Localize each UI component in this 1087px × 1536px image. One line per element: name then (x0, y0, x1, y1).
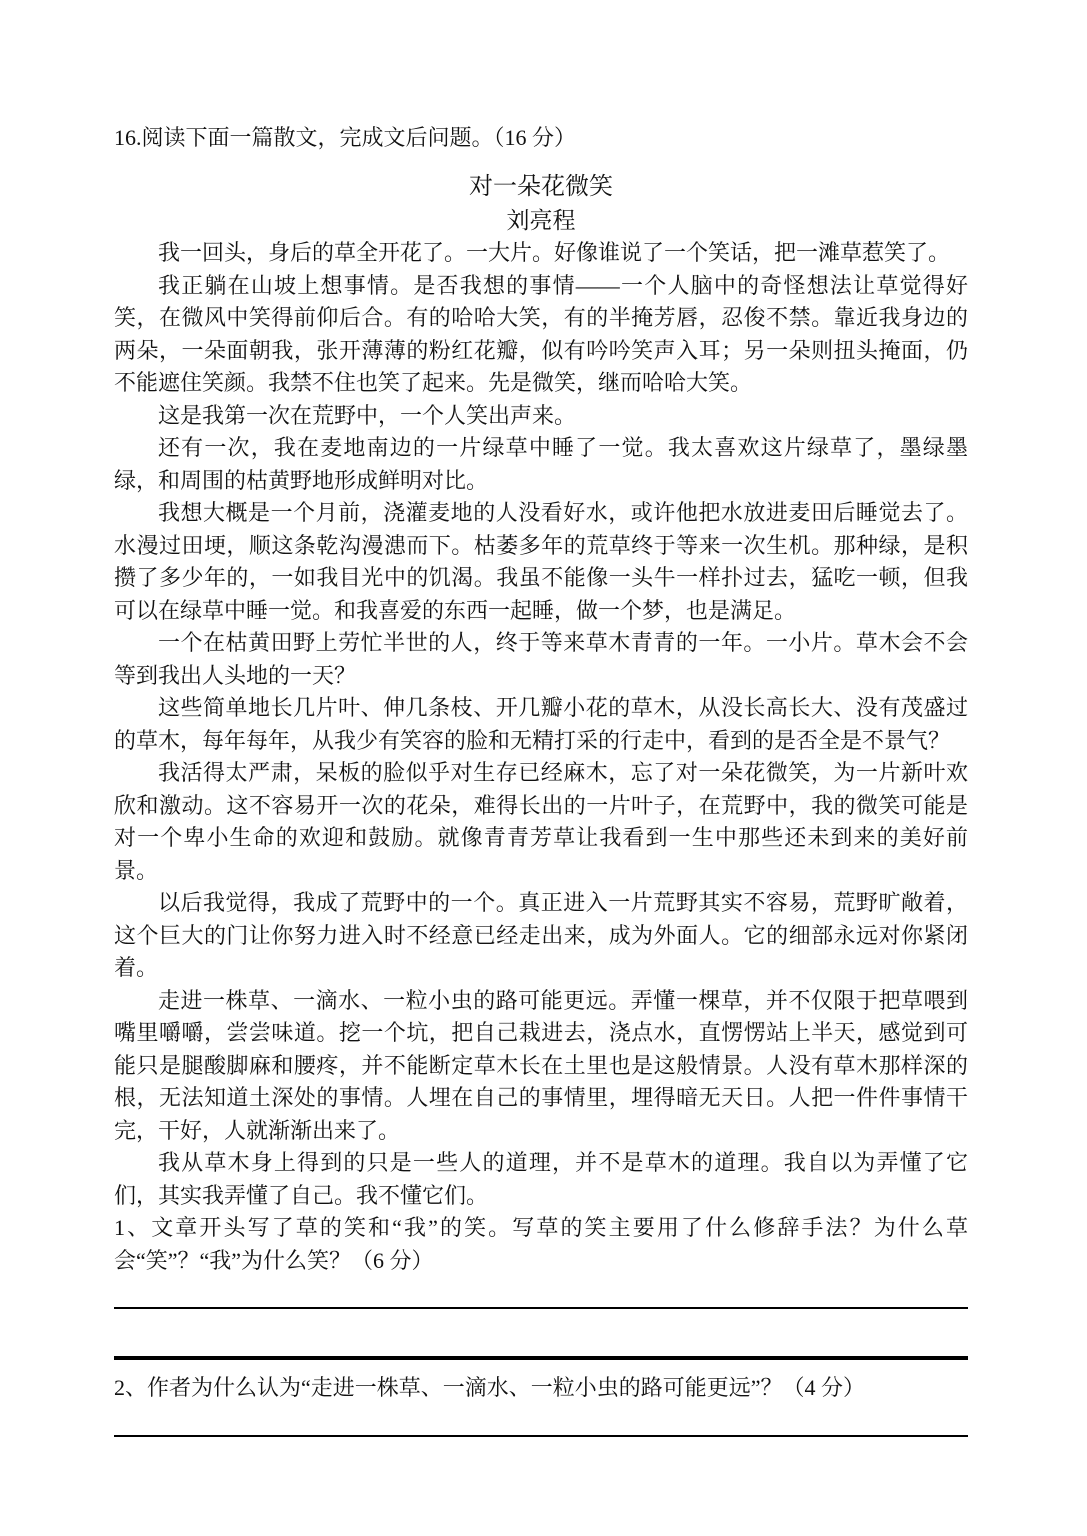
essay-paragraph: 还有一次，我在麦地南边的一片绿草中睡了一觉。我太喜欢这片绿草了，墨绿墨绿，和周围… (114, 432, 968, 497)
essay-paragraph: 这是我第一次在荒野中，一个人笑出声来。 (114, 400, 968, 433)
essay-paragraph: 我活得太严肃，呆板的脸似乎对生存已经麻木，忘了对一朵花微笑，为一片新叶欢欣和激动… (114, 757, 968, 887)
answer-rule-3 (114, 1435, 968, 1437)
essay-paragraph: 这些简单地长几片叶、伸几条枝、开几瓣小花的草木，从没长高长大、没有茂盛过的草木，… (114, 692, 968, 757)
essay-paragraph: 我从草木身上得到的只是一些人的道理，并不是草木的道理。我自以为弄懂了它们，其实我… (114, 1147, 968, 1212)
essay-title: 对一朵花微笑 (114, 171, 968, 204)
exam-page: 16.阅读下面一篇散文，完成文后问题。（16 分） 对一朵花微笑 刘亮程 我一回… (0, 0, 1087, 1536)
question-2: 2、作者为什么认为“走进一株草、一滴水、一粒小虫的路可能更远”？（4 分） (114, 1372, 968, 1405)
answer-rule-1 (114, 1307, 968, 1309)
essay-paragraph: 我一回头，身后的草全开花了。一大片。好像谁说了一个笑话，把一滩草惹笑了。 (114, 237, 968, 270)
essay-paragraph: 我想大概是一个月前，浇灌麦地的人没看好水，或许他把水放进麦田后睡觉去了。水漫过田… (114, 497, 968, 627)
essay-paragraph: 走进一株草、一滴水、一粒小虫的路可能更远。弄懂一棵草，并不仅限于把草喂到嘴里嚼嚼… (114, 985, 968, 1148)
question-stem: 16.阅读下面一篇散文，完成文后问题。（16 分） (114, 121, 968, 154)
page-content: 16.阅读下面一篇散文，完成文后问题。（16 分） 对一朵花微笑 刘亮程 我一回… (0, 0, 1087, 1437)
essay-paragraph: 一个在枯黄田野上劳忙半世的人，终于等来草木青青的一年。一小片。草木会不会等到我出… (114, 627, 968, 692)
essay-author: 刘亮程 (114, 204, 968, 237)
essay-paragraph: 我正躺在山坡上想事情。是否我想的事情——一个人脑中的奇怪想法让草觉得好笑，在微风… (114, 270, 968, 400)
answer-rule-2-thick (114, 1356, 968, 1360)
essay-paragraph: 以后我觉得，我成了荒野中的一个。真正进入一片荒野其实不容易，荒野旷敞着，这个巨大… (114, 887, 968, 985)
question-1: 1、文章开头写了草的笑和“我”的笑。写草的笑主要用了什么修辞手法？为什么草会“笑… (114, 1212, 968, 1277)
